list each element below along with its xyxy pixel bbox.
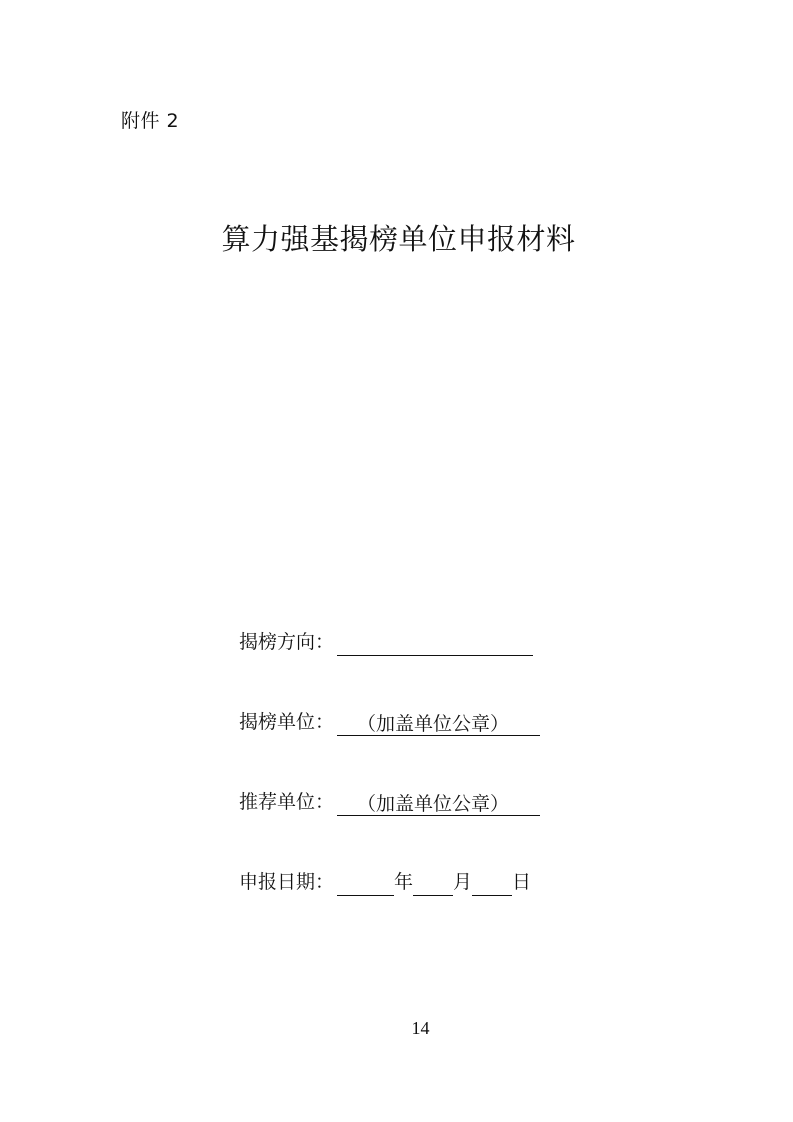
field-label-date: 申报日期： [239,870,334,894]
year-blank-line[interactable] [337,871,394,896]
unit-seal-field[interactable]: （加盖单位公章） [337,712,540,736]
field-label-recommender: 推荐单位： [239,790,334,814]
field-row-recommender: 推荐单位： （加盖单位公章） [239,786,540,814]
field-label-direction: 揭榜方向： [239,630,334,654]
attachment-label: 附件 2 [121,109,179,133]
month-blank-line[interactable] [413,871,453,896]
field-label-unit: 揭榜单位： [239,710,334,734]
field-row-unit: 揭榜单位： （加盖单位公章） [239,706,540,734]
year-unit: 年 [394,870,413,894]
direction-blank-line[interactable] [337,631,533,656]
day-blank-line[interactable] [472,871,512,896]
recommender-seal-field[interactable]: （加盖单位公章） [337,792,540,816]
day-unit: 日 [512,870,531,894]
field-row-date: 申报日期： 年 月 日 [239,866,531,894]
month-unit: 月 [453,870,472,894]
field-row-direction: 揭榜方向： [239,626,533,654]
page-number: 14 [0,1017,793,1039]
document-title: 算力强基揭榜单位申报材料 [0,220,793,258]
